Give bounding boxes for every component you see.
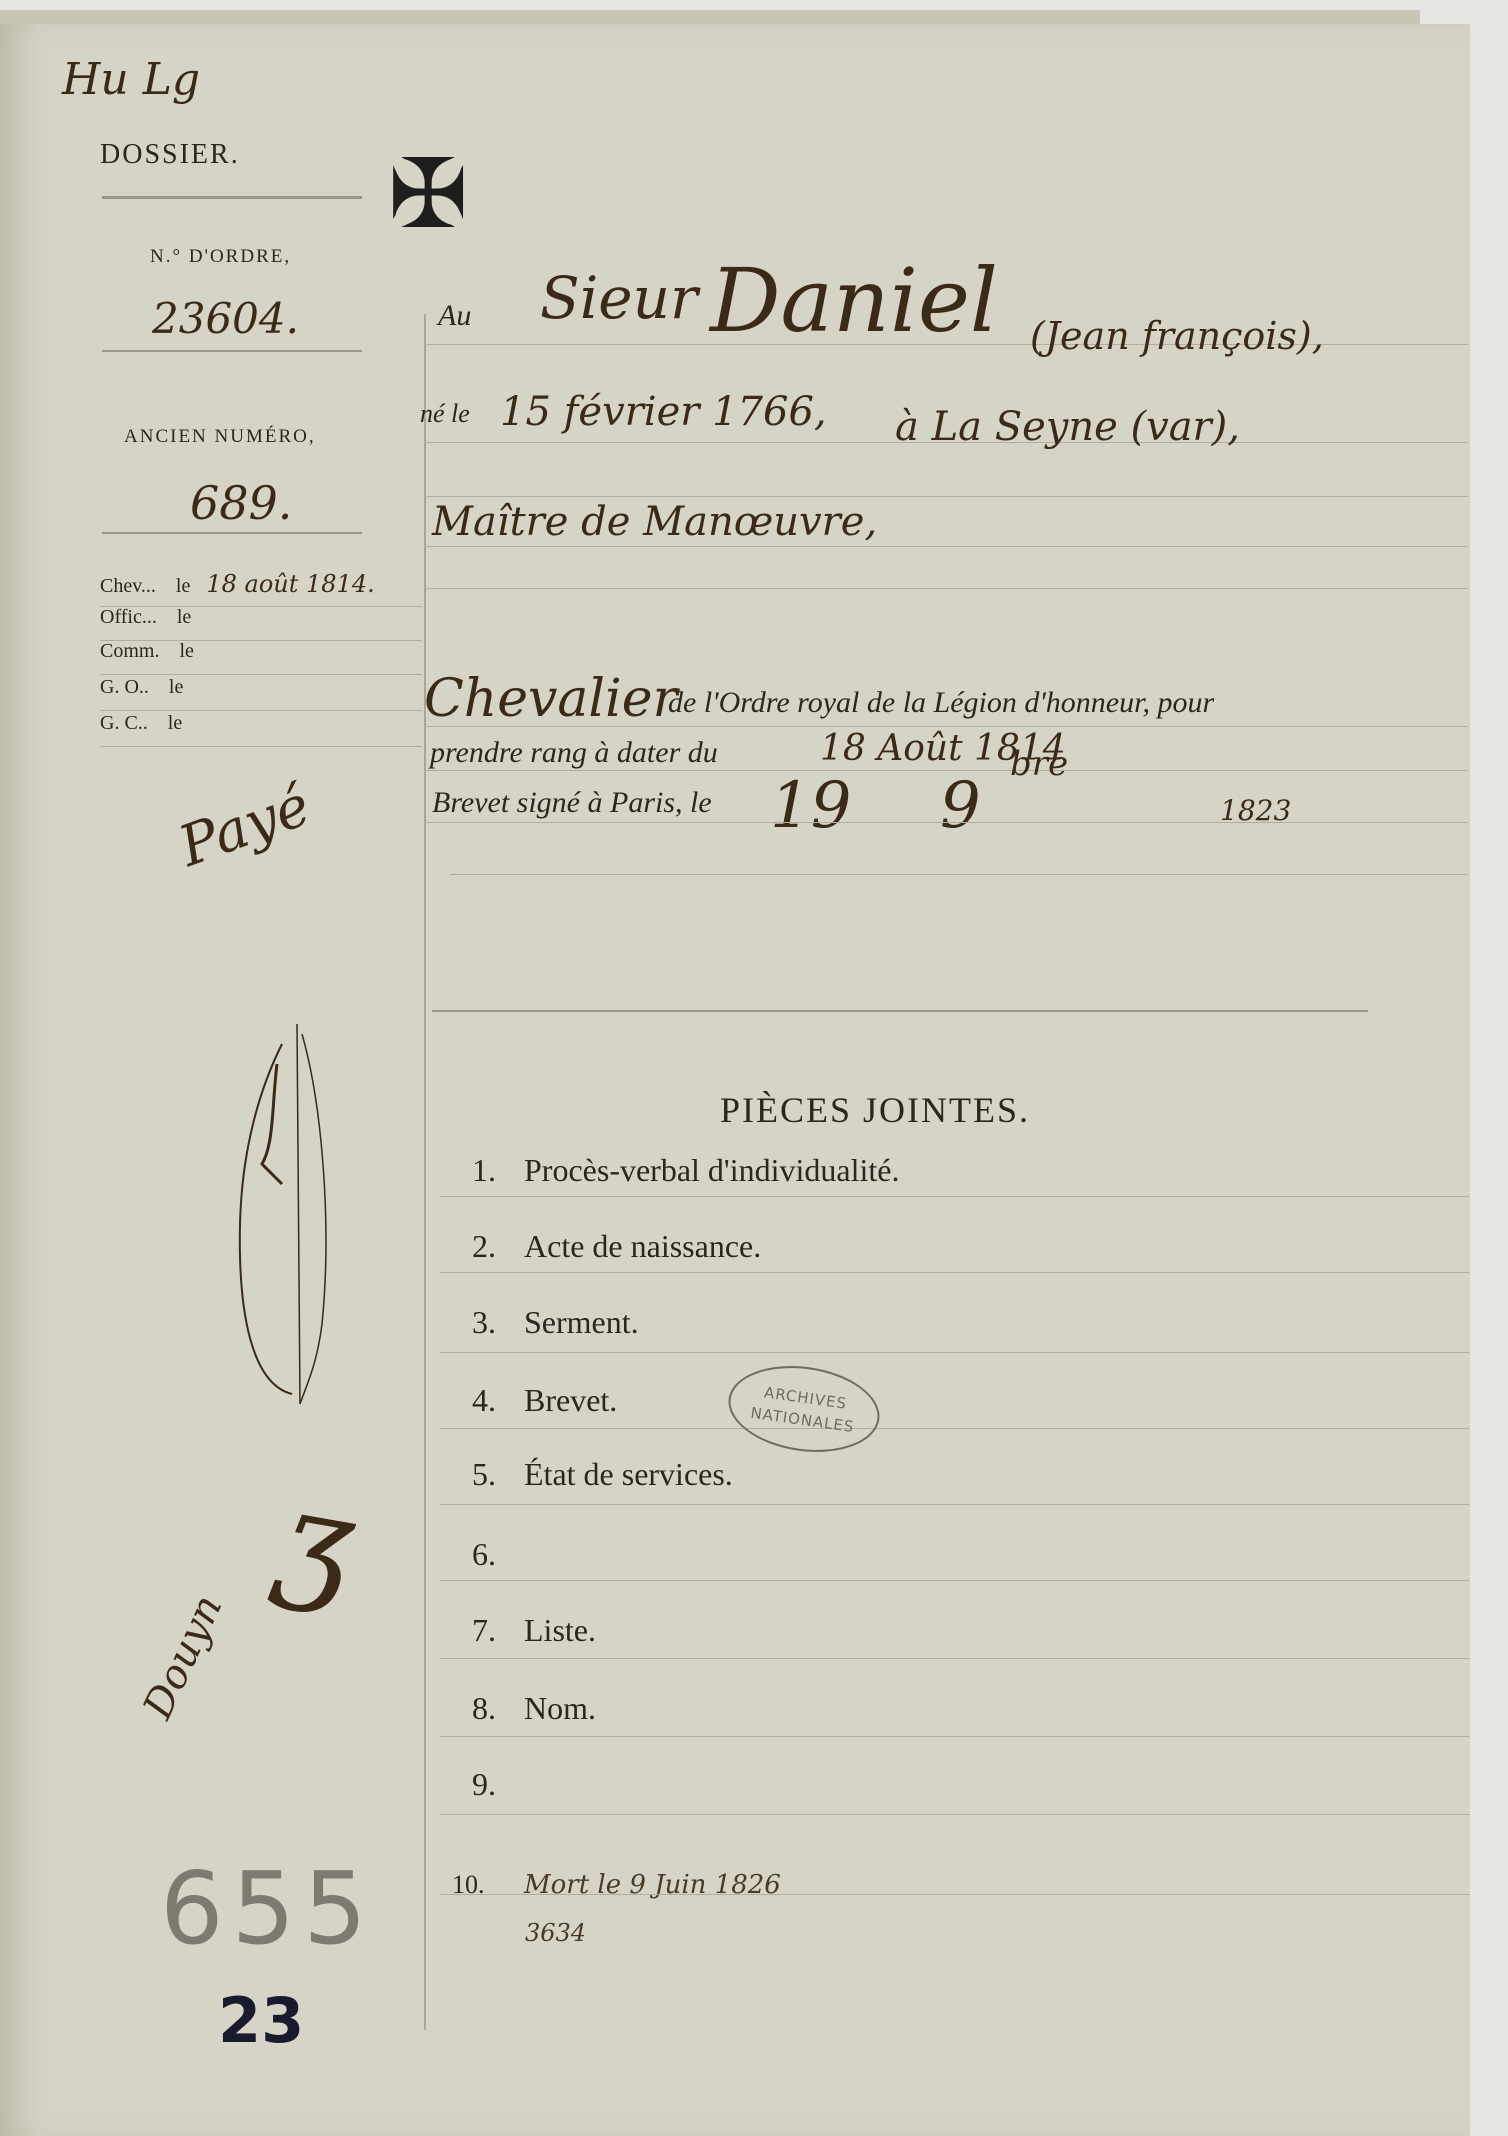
piece-number: 9.	[472, 1766, 524, 1803]
ruled-line	[440, 1894, 1470, 1895]
piece-number: 7.	[472, 1612, 524, 1649]
piece-10-subnote: 3634	[525, 1919, 586, 1947]
au-label: Au	[438, 299, 471, 333]
sieur-label: Sieur	[540, 264, 698, 332]
piece-number: 1.	[472, 1152, 524, 1189]
recipient-rank: Maître de Manœuvre,	[432, 499, 877, 545]
paraph-mark: ʒ	[267, 1459, 366, 1621]
piece-label: Nom.	[524, 1690, 596, 1726]
piece-item: 8.Nom.	[472, 1690, 596, 1727]
piece-number: 3.	[472, 1304, 524, 1341]
brevet-month-superscript: bre	[1010, 744, 1068, 784]
grade-row-commandeur: Comm.le	[100, 640, 420, 663]
grade-line	[100, 710, 422, 711]
birth-date: 15 février 1766,	[500, 389, 827, 435]
ruled-line	[440, 1272, 1470, 1273]
grade-le: le	[168, 712, 182, 734]
douyn-annotation: Douyn	[135, 1588, 232, 1726]
ordre-value: 23604.	[152, 294, 299, 343]
ordre-label: N.° D'ORDRE,	[150, 246, 291, 268]
piece-number: 6.	[472, 1536, 524, 1573]
piece-item: 2.Acte de naissance.	[472, 1228, 761, 1265]
piece-number: 2.	[472, 1228, 524, 1265]
brevet-day: 19	[770, 769, 851, 843]
grade-le: le	[176, 575, 190, 597]
dossier-label: DOSSIER.	[100, 139, 240, 171]
ancien-numero-value: 689.	[190, 476, 292, 530]
piece-label: Acte de naissance.	[524, 1228, 761, 1264]
grade-label: Chev...	[100, 575, 156, 597]
prendre-rang-text: prendre rang à dater du	[430, 736, 718, 770]
pieces-jointes-title: PIÈCES JOINTES.	[720, 1089, 1030, 1131]
ruled-line	[440, 1736, 1470, 1737]
paye-annotation: Payé	[171, 773, 319, 880]
grade-row-chevalier: Chev...le18 août 1814.	[100, 570, 420, 598]
ruled-line	[424, 588, 1468, 589]
dossier-page: Hu Lg DOSSIER. N.° D'ORDRE, 23604. ANCIE…	[0, 24, 1470, 2136]
brevet-month: 9	[940, 769, 981, 843]
ancien-rule	[102, 532, 362, 534]
ordre-text: de l'Ordre royal de la Légion d'honneur,…	[668, 686, 1214, 720]
ruled-line	[450, 874, 1468, 875]
stamp-number-655: 655	[160, 1850, 375, 1967]
grade-label: Offic...	[100, 606, 157, 628]
ruled-line	[424, 546, 1468, 547]
ancien-numero-label: ANCIEN NUMÉRO,	[124, 426, 316, 448]
ordre-rule	[102, 350, 362, 352]
grade-row-grand-officier: G. O..le	[100, 676, 420, 699]
piece-label: Mort le 9 Juin 1826	[524, 1870, 781, 1900]
grade-le: le	[169, 676, 183, 698]
ne-le-label: né le	[420, 399, 470, 429]
ruled-line	[440, 1352, 1470, 1353]
ruled-line	[440, 1658, 1470, 1659]
grade-label: G. C..	[100, 712, 148, 734]
piece-item: 10.Mort le 9 Juin 1826	[452, 1864, 781, 1901]
piece-number: 8.	[472, 1690, 524, 1727]
grade-le: le	[177, 606, 191, 628]
grade-line	[100, 674, 422, 675]
piece-number: 5.	[472, 1456, 524, 1493]
ruled-line	[440, 1504, 1470, 1505]
handwritten-initials: Hu Lg	[62, 54, 200, 105]
piece-item: 9.	[472, 1766, 524, 1803]
piece-item: 6.	[472, 1536, 524, 1573]
grade-label: G. O..	[100, 676, 149, 698]
nomination-title: Chevalier	[424, 669, 677, 729]
section-divider	[432, 1010, 1368, 1012]
dossier-rule	[102, 196, 362, 199]
piece-label: État de services.	[524, 1456, 733, 1492]
grade-row-grand-croix: G. C..le	[100, 712, 420, 735]
cross-mark-icon: ✠	[388, 146, 468, 242]
archives-nationales-stamp: ARCHIVES NATIONALES	[723, 1357, 885, 1461]
piece-item: 1.Procès-verbal d'individualité.	[472, 1152, 899, 1189]
grade-le: le	[179, 640, 193, 662]
piece-item: 5.État de services.	[472, 1456, 733, 1493]
recipient-surname: Daniel	[710, 249, 998, 352]
grade-row-officier: Offic...le	[100, 606, 420, 629]
piece-number: 4.	[472, 1382, 524, 1419]
birth-place: à La Seyne (var),	[895, 404, 1240, 450]
piece-label: Brevet.	[524, 1382, 617, 1418]
grade-line	[100, 746, 422, 747]
ruled-line	[440, 1580, 1470, 1581]
brevet-text: Brevet signé à Paris, le	[432, 786, 712, 820]
ruled-line	[424, 822, 1468, 823]
piece-label: Liste.	[524, 1612, 596, 1648]
piece-item: 7.Liste.	[472, 1612, 596, 1649]
grade-date: 18 août 1814.	[206, 570, 374, 598]
grade-label: Comm.	[100, 640, 159, 662]
piece-item: 3.Serment.	[472, 1304, 639, 1341]
column-divider	[424, 314, 426, 2030]
signature-flourish-icon	[222, 1024, 342, 1444]
ruled-line	[440, 1814, 1470, 1815]
piece-label: Serment.	[524, 1304, 639, 1340]
piece-number: 10.	[452, 1870, 524, 1900]
recipient-given-names: (Jean françois),	[1030, 314, 1324, 358]
ruled-line	[440, 1196, 1470, 1197]
piece-item: 4.Brevet.	[472, 1382, 617, 1419]
ruled-line	[424, 496, 1468, 497]
piece-label: Procès-verbal d'individualité.	[524, 1152, 899, 1188]
folio-number: 23	[218, 1984, 304, 2057]
ruled-line	[424, 726, 1468, 727]
ruled-line	[440, 1428, 1470, 1429]
